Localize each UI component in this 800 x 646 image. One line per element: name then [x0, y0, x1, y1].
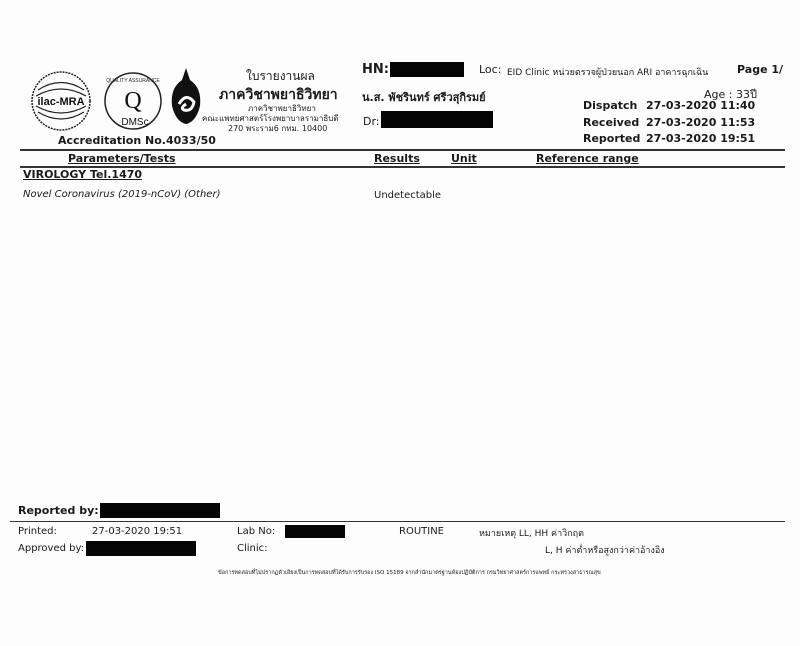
- test-name: Novel Coronavirus (2019-nCoV) (Other): [23, 189, 220, 200]
- col-parameters: Parameters/Tests: [68, 152, 176, 165]
- approved-by-label: Approved by:: [18, 543, 84, 554]
- printed-label: Printed:: [18, 526, 57, 537]
- reported-value: 27-03-2020 19:51: [646, 132, 755, 145]
- patient-name: น.ส. พัชรินทร์ ศรีวสุกิรมย์: [362, 88, 486, 106]
- col-unit: Unit: [451, 152, 477, 165]
- hn-redacted: [390, 62, 464, 77]
- test-result: Undetectable: [374, 190, 441, 201]
- iso-note: ข้อการทดสอบที่ไม่ปรากฏตัวเอียงเป็นการทดส…: [218, 569, 601, 577]
- dr-label: Dr:: [363, 115, 380, 128]
- range-note: L, H ค่าต่ำหรือสูงกว่าค่าอ้างอิง: [545, 543, 665, 557]
- ilac-mra-logo: ilac-MRA: [30, 70, 92, 132]
- faculty-emblem-logo: [166, 66, 206, 126]
- header-divider: [20, 149, 785, 151]
- dmsc-quality-assurance-logo: Q DMSc QUALITY ASSURANCE: [103, 70, 163, 132]
- dispatch-label: Dispatch: [583, 99, 637, 112]
- lab-no-redacted: [285, 525, 345, 538]
- approver-redacted: [86, 541, 196, 556]
- svg-text:QUALITY ASSURANCE: QUALITY ASSURANCE: [106, 78, 160, 84]
- clinic-label: Clinic:: [237, 543, 268, 554]
- address: 270 พระราม6 กทม. 10400: [228, 122, 327, 135]
- printed-value: 27-03-2020 19:51: [92, 526, 182, 537]
- col-reference: Reference range: [536, 152, 639, 165]
- accreditation-number: Accreditation No.4033/50: [58, 134, 216, 147]
- page-number: Page 1/: [737, 63, 783, 76]
- svg-text:Q: Q: [124, 88, 141, 114]
- loc-label: Loc:: [479, 63, 501, 76]
- received-label: Received: [583, 116, 639, 129]
- loc-value: EID Clinic หน่วยตรวจผู้ป่วยนอก ARI อาคาร…: [507, 65, 708, 79]
- col-results: Results: [374, 152, 420, 165]
- section-virology: VIROLOGY Tel.1470: [23, 168, 142, 181]
- received-value: 27-03-2020 11:53: [646, 116, 755, 129]
- svg-text:ilac-MRA: ilac-MRA: [37, 96, 84, 108]
- svg-text:DMSc: DMSc: [121, 117, 148, 128]
- reporter-redacted: [100, 503, 220, 518]
- reported-by-label: Reported by:: [18, 504, 99, 517]
- hn-label: HN:: [362, 62, 389, 77]
- critical-note: หมายเหตุ LL, HH ค่าวิกฤต: [479, 526, 584, 540]
- dispatch-value: 27-03-2020 11:40: [646, 99, 755, 112]
- reported-label: Reported: [583, 132, 640, 145]
- footer-divider: [10, 521, 785, 522]
- lab-no-label: Lab No:: [237, 526, 275, 537]
- doctor-redacted: [381, 111, 493, 128]
- routine-label: ROUTINE: [399, 526, 444, 537]
